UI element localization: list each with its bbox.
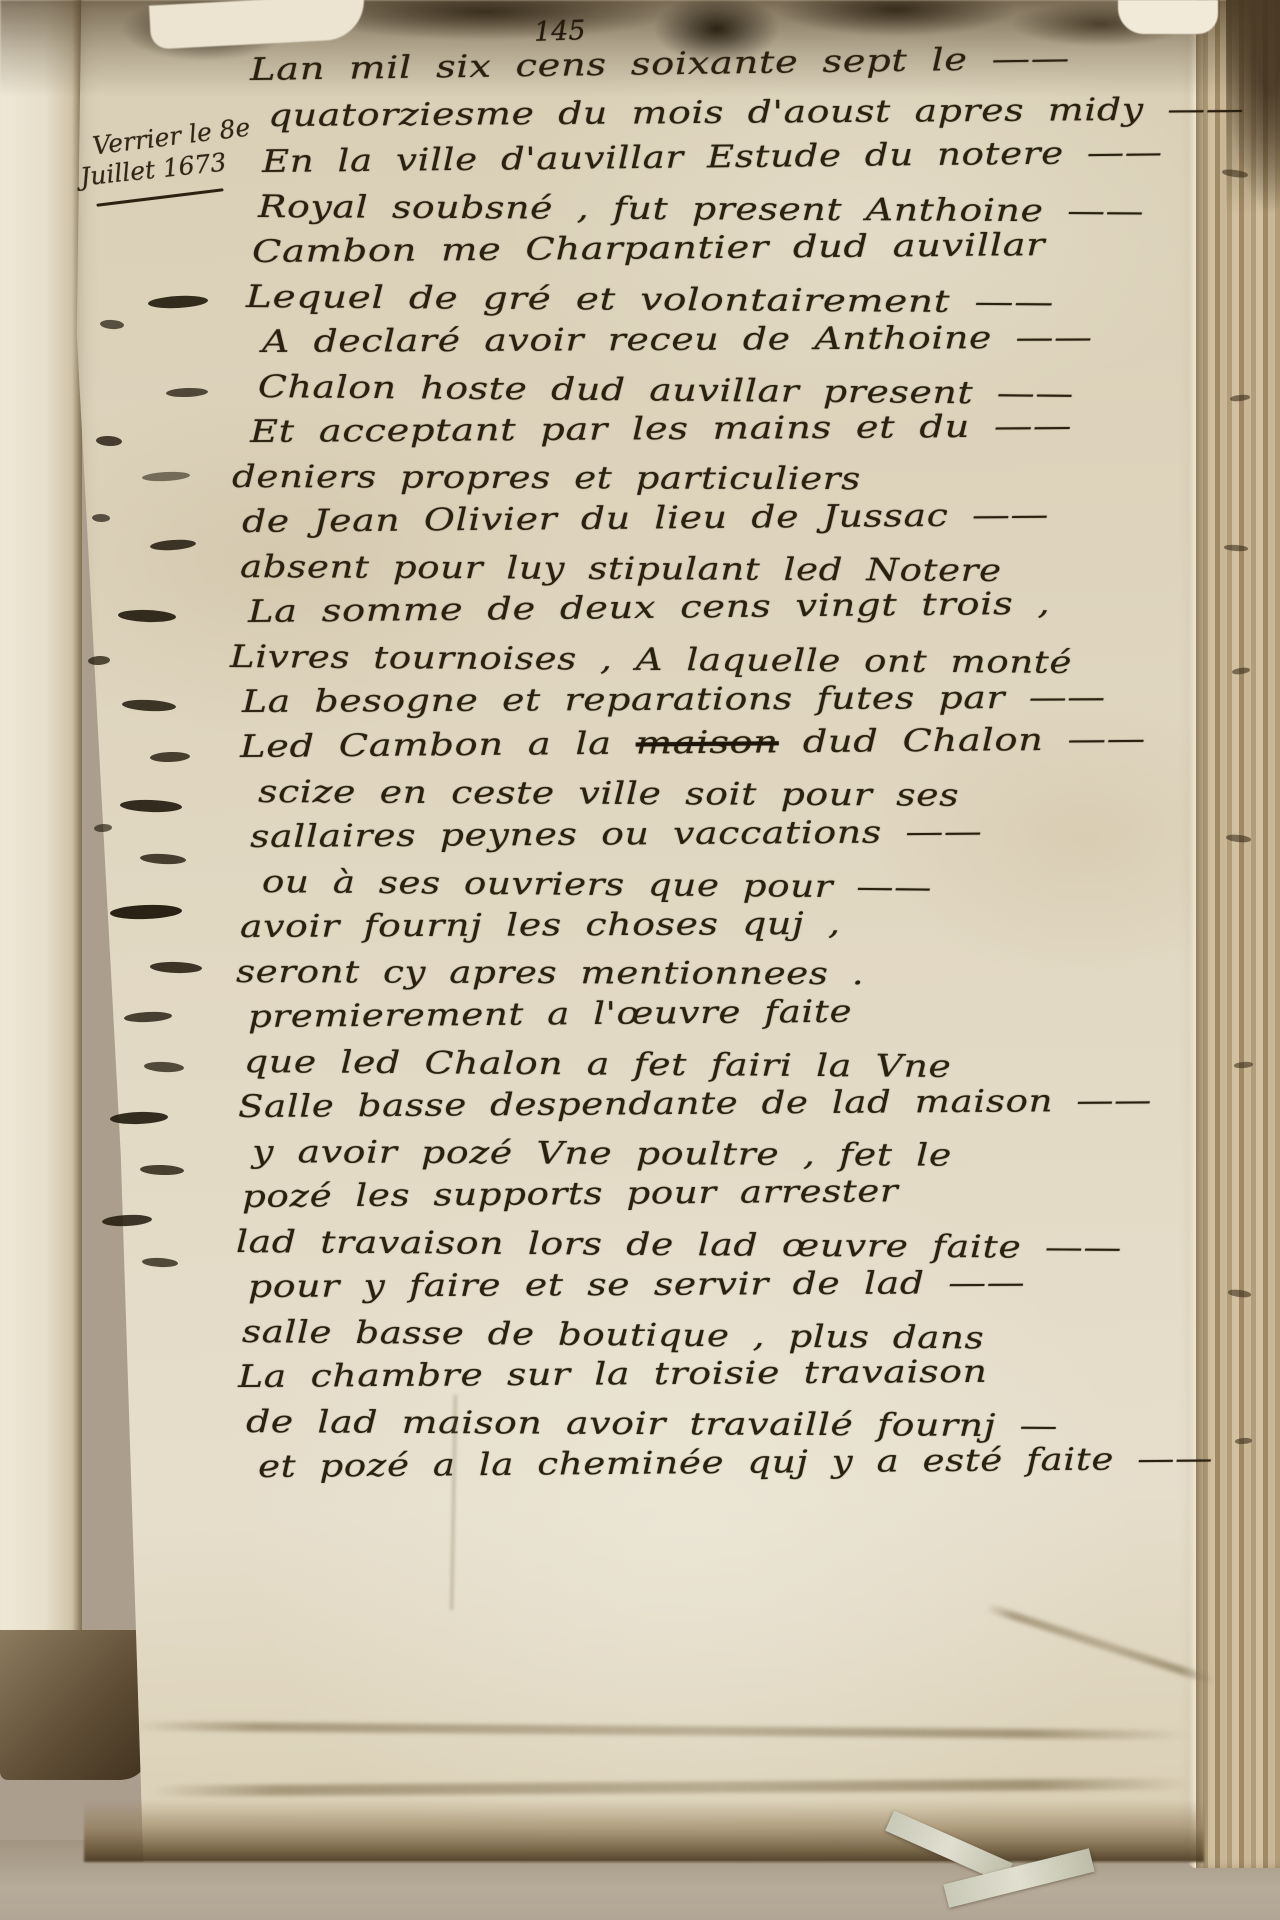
manuscript-line: Lequel de gré et volontairement —— <box>246 279 1054 321</box>
manuscript-line: absent pour luy stipulant led Notere <box>240 549 1002 589</box>
manuscript-line: pozé les supports pour arrester <box>242 1173 899 1215</box>
manuscript-line: Livres tournoises , A laquelle ont monté <box>230 639 1072 681</box>
crossed-out-after: dud Chalon —— <box>779 721 1146 760</box>
manuscript-line: quatorziesme du mois d'aoust apres midy … <box>268 91 1244 134</box>
manuscript-line: Et acceptant par les mains et du —— <box>250 408 1072 450</box>
manuscript-line: avoir fournj les choses quj , <box>240 906 841 945</box>
manuscript-line: seront cy apres mentionnees . <box>236 954 864 992</box>
manuscript-line: ou à ses ouvriers que pour —— <box>262 864 932 906</box>
manuscript-photo: 145 Verrier le 8e Juillet 1673 Lan mil s… <box>0 0 1280 1920</box>
manuscript-line: lad travaison lors de lad œuvre faite —— <box>236 1224 1122 1266</box>
manuscript-line: Royal soubsné , fut present Anthoine —— <box>258 189 1144 230</box>
manuscript-line: Cambon me Charpantier dud auvillar <box>252 227 1046 270</box>
manuscript-line: A declaré avoir receu de Anthoine —— <box>262 320 1093 360</box>
manuscript-line: Chalon hoste dud auvillar present —— <box>258 369 1074 412</box>
folio-number: 145 <box>533 15 586 48</box>
manuscript-line: y avoir pozé Vne poultre , fet le <box>252 1134 952 1174</box>
manuscript-line: de lad maison avoir travaillé fournj — <box>246 1404 1058 1444</box>
manuscript-line: Salle basse despendante de lad maison —— <box>238 1083 1152 1125</box>
manuscript-line: salle basse de boutique , plus dans <box>242 1314 985 1356</box>
manuscript-line: que led Chalon a fet fairi la Vne <box>244 1044 952 1085</box>
manuscript-line: La besogne et reparations futes par —— <box>242 679 1106 720</box>
torn-paper-fragment <box>1118 0 1218 34</box>
manuscript-line: La chambre sur la troisie travaison <box>238 1354 988 1395</box>
book-spine-shadow <box>0 1630 150 1780</box>
crossed-out-word: maison <box>636 724 779 761</box>
facing-page-edge <box>0 0 82 1655</box>
manuscript-line: de Jean Olivier du lieu de Jussac —— <box>242 497 1049 540</box>
manuscript-line: premierement a l'œuvre faite <box>248 994 852 1035</box>
crossed-out-before: Led Cambon a la <box>240 726 636 765</box>
manuscript-line: scize en ceste ville soit pour ses <box>258 774 959 814</box>
manuscript-line: sallaires peynes ou vaccations —— <box>250 814 983 855</box>
page-stack-right <box>1196 0 1280 1868</box>
manuscript-line: deniers propres et particuliers <box>232 459 861 497</box>
ink-blot <box>92 514 110 523</box>
worn-bottom-edge <box>84 1800 1204 1862</box>
manuscript-line: pour y faire et se servir de lad —— <box>248 1265 1025 1305</box>
